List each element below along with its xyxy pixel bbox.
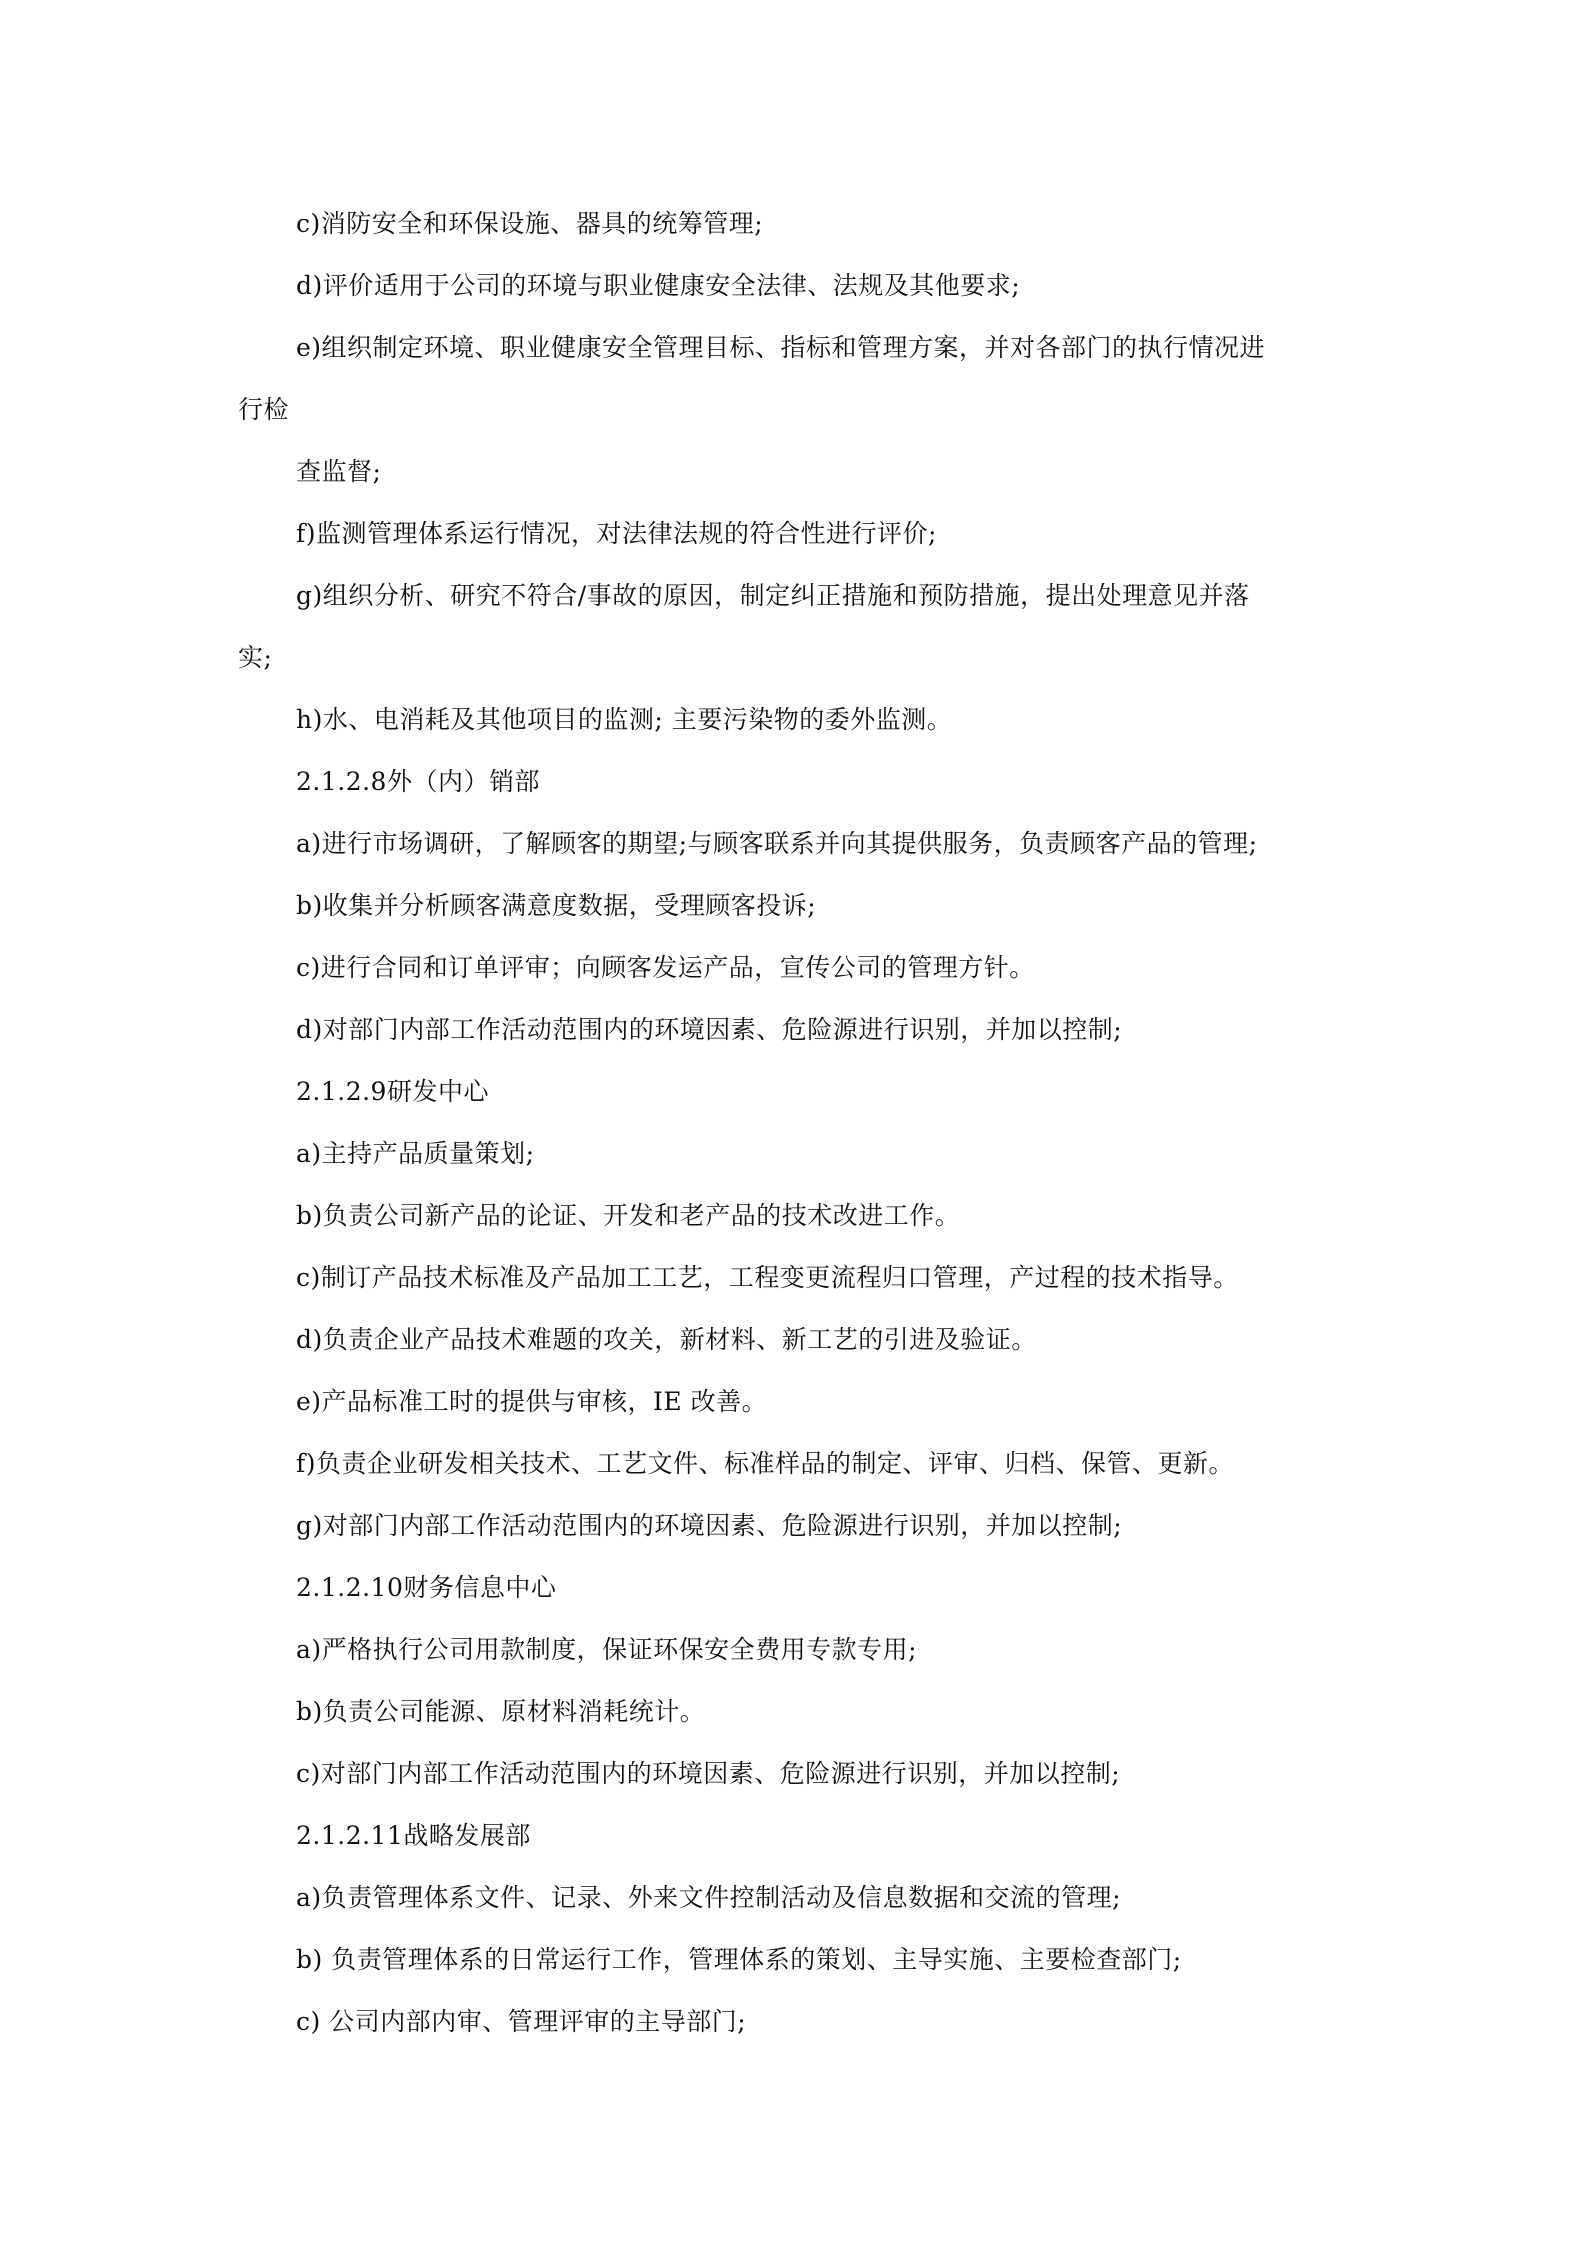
list-item: a)主持产品质量策划; xyxy=(238,1123,1358,1185)
list-item: c) 公司内部内审、管理评审的主导部门; xyxy=(238,1991,1358,2053)
list-item: c)进行合同和订单评审；向顾客发运产品，宣传公司的管理方针。 xyxy=(238,937,1358,999)
list-item: b)负责公司能源、原材料消耗统计。 xyxy=(238,1681,1358,1743)
list-item-nonconformity-analysis: g)组织分析、研究不符合/事故的原因，制定纠正措施和预防措施，提出处理意见并落 xyxy=(238,565,1358,627)
section-heading-strategy-dept: 2.1.2.11战略发展部 xyxy=(238,1805,1358,1867)
list-item-fire-safety: c)消防安全和环保设施、器具的统筹管理; xyxy=(238,193,1358,255)
section-heading-sales: 2.1.2.8外（内）销部 xyxy=(238,751,1358,813)
list-item-continuation: 实; xyxy=(238,627,1358,689)
list-item: b)收集并分析顾客满意度数据，受理顾客投诉; xyxy=(238,875,1358,937)
list-item: d)负责企业产品技术难题的攻关，新材料、新工艺的引进及验证。 xyxy=(238,1309,1358,1371)
list-item: c)对部门内部工作活动范围内的环境因素、危险源进行识别，并加以控制; xyxy=(238,1743,1358,1805)
document-page: c)消防安全和环保设施、器具的统筹管理; d)评价适用于公司的环境与职业健康安全… xyxy=(238,193,1358,2053)
list-item: a)严格执行公司用款制度，保证环保安全费用专款专用; xyxy=(238,1619,1358,1681)
list-item-management-targets: e)组织制定环境、职业健康安全管理目标、指标和管理方案，并对各部门的执行情况进 xyxy=(238,317,1358,379)
list-item-continuation: 行检 xyxy=(238,379,1358,441)
list-item: f)负责企业研发相关技术、工艺文件、标准样品的制定、评审、归档、保管、更新。 xyxy=(238,1433,1358,1495)
list-item: b) 负责管理体系的日常运行工作，管理体系的策划、主导实施、主要检查部门; xyxy=(238,1929,1358,1991)
list-item: d)对部门内部工作活动范围内的环境因素、危险源进行识别，并加以控制; xyxy=(238,999,1358,1061)
list-item-utility-monitoring: h)水、电消耗及其他项目的监测; 主要污染物的委外监测。 xyxy=(238,689,1358,751)
list-item: a)负责管理体系文件、记录、外来文件控制活动及信息数据和交流的管理; xyxy=(238,1867,1358,1929)
list-item: c)制订产品技术标准及产品加工工艺，工程变更流程归口管理，产过程的技术指导。 xyxy=(238,1247,1358,1309)
section-heading-finance-center: 2.1.2.10财务信息中心 xyxy=(238,1557,1358,1619)
list-item: b)负责公司新产品的论证、开发和老产品的技术改进工作。 xyxy=(238,1185,1358,1247)
list-item-evaluate-laws: d)评价适用于公司的环境与职业健康安全法律、法规及其他要求; xyxy=(238,255,1358,317)
list-item: g)对部门内部工作活动范围内的环境因素、危险源进行识别，并加以控制; xyxy=(238,1495,1358,1557)
section-heading-rd-center: 2.1.2.9研发中心 xyxy=(238,1061,1358,1123)
list-item-monitor-system: f)监测管理体系运行情况，对法律法规的符合性进行评价; xyxy=(238,503,1358,565)
list-item-continuation: 查监督; xyxy=(238,441,1358,503)
list-item: e)产品标准工时的提供与审核，IE 改善。 xyxy=(238,1371,1358,1433)
list-item: a)进行市场调研，了解顾客的期望;与顾客联系并向其提供服务，负责顾客产品的管理; xyxy=(238,813,1358,875)
